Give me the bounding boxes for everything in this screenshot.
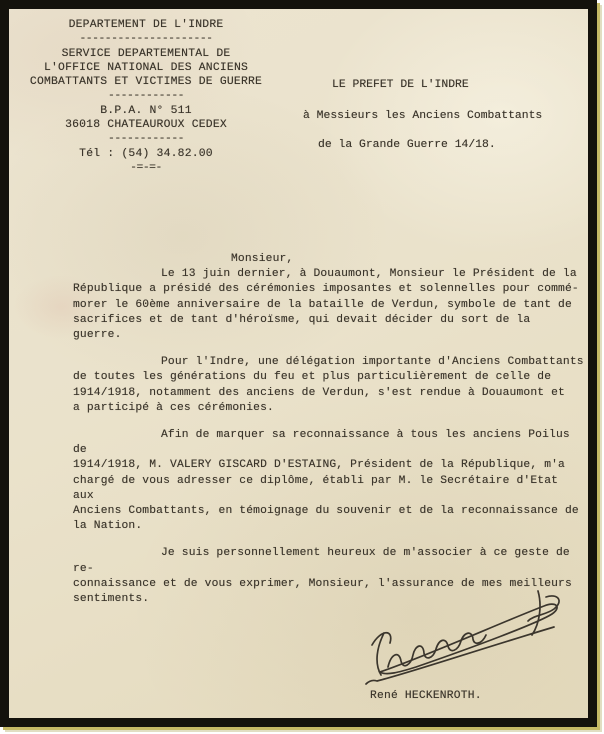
letterhead-phone: Tél : (54) 34.82.00: [25, 147, 267, 161]
body-paragraph: Le 13 juin dernier, à Douaumont, Monsieu…: [73, 267, 585, 343]
body-paragraph: Afin de marquer sa reconnaissance à tous…: [73, 428, 585, 534]
signature-block: René HECKENROTH.: [324, 587, 574, 717]
addressee-line: à Messieurs les Anciens Combattants: [303, 109, 542, 123]
scanned-letter: DEPARTEMENT DE L'INDRE -----------------…: [0, 0, 604, 734]
letter-paper: DEPARTEMENT DE L'INDRE -----------------…: [9, 9, 588, 718]
photo-frame: DEPARTEMENT DE L'INDRE -----------------…: [0, 0, 597, 727]
sender-title: LE PREFET DE L'INDRE: [332, 78, 542, 92]
body-paragraph: Pour l'Indre, une délégation importante …: [73, 355, 585, 416]
letterhead-separator: ------------: [25, 89, 267, 103]
letterhead-service-line: L'OFFICE NATIONAL DES ANCIENS: [25, 61, 267, 75]
letterhead: DEPARTEMENT DE L'INDRE -----------------…: [25, 18, 267, 175]
letterhead-service-line: COMBATTANTS ET VICTIMES DE GUERRE: [25, 75, 267, 89]
letterhead-separator-end: -=-=-: [25, 161, 267, 175]
letterhead-address: 36018 CHATEAUROUX CEDEX: [25, 118, 267, 132]
letterhead-separator: ---------------------: [25, 32, 267, 46]
signatory-name: René HECKENROTH.: [370, 690, 482, 702]
signature-scribble-icon: [324, 587, 574, 687]
letterhead-service-line: SERVICE DEPARTEMENTAL DE: [25, 47, 267, 61]
letterhead-department: DEPARTEMENT DE L'INDRE: [25, 18, 267, 32]
letterhead-separator: ------------: [25, 132, 267, 146]
salutation: Monsieur,: [231, 252, 585, 267]
addressee-block: LE PREFET DE L'INDRE à Messieurs les Anc…: [303, 78, 542, 152]
letterhead-bpa: B.P.A. N° 511: [25, 104, 267, 118]
letter-body: Monsieur, Le 13 juin dernier, à Douaumon…: [73, 252, 585, 619]
addressee-line: de la Grande Guerre 14/18.: [318, 138, 542, 152]
